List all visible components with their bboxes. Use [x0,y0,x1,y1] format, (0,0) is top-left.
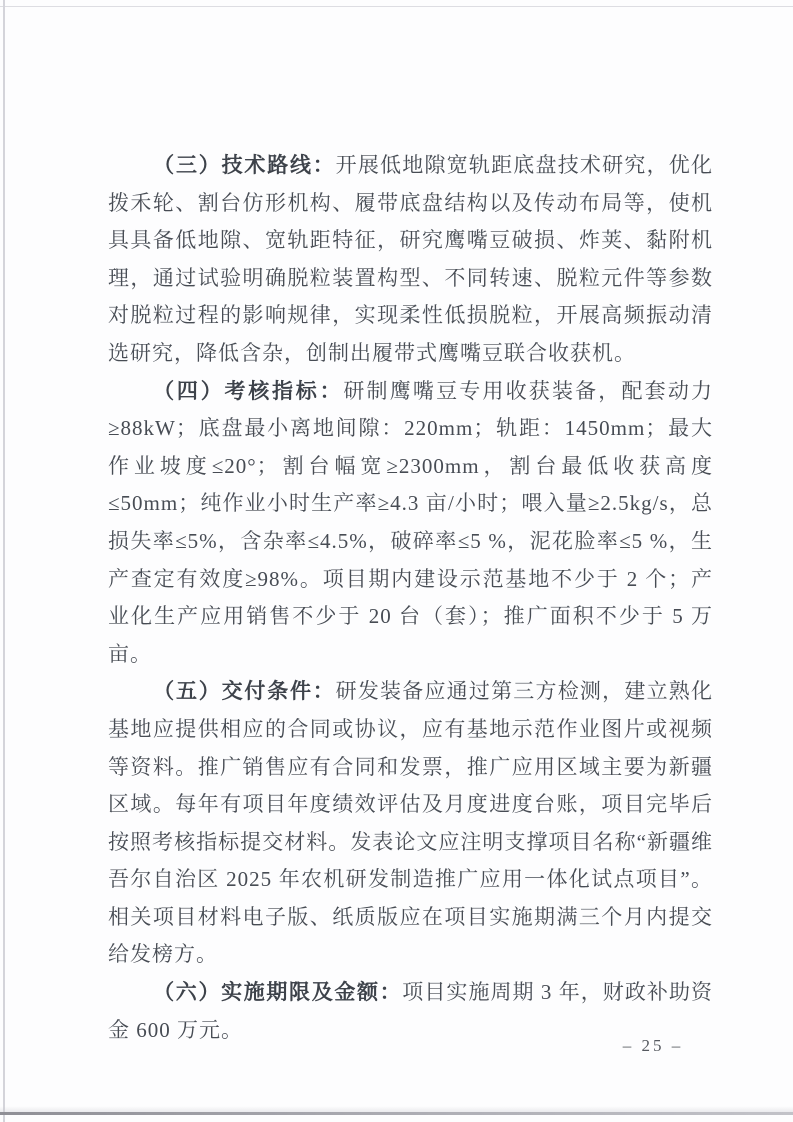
section-heading-technical-route: （三）技术路线： [153,153,335,177]
scan-edge-bottom [0,1112,793,1115]
paragraph-delivery-conditions: （五）交付条件：研发装备应通过第三方检测，建立熟化基地应提供相应的合同或协议，应… [108,673,713,974]
section-heading-assessment-indicators: （四）考核指标： [153,379,343,403]
paragraph-technical-route: （三）技术路线：开展低地隙宽轨距底盘技术研究，优化拨禾轮、割台仿形机构、履带底盘… [108,147,713,373]
document-page: （三）技术路线：开展低地隙宽轨距底盘技术研究，优化拨禾轮、割台仿形机构、履带底盘… [0,0,793,1122]
page-number: – 25 – [598,1036,708,1056]
paragraph-assessment-indicators: （四）考核指标：研制鹰嘴豆专用收获装备，配套动力≥88kW；底盘最小离地间隙：2… [108,373,713,674]
scan-edge-left [3,0,5,1122]
section-heading-duration-and-amount: （六）实施期限及金额： [153,980,402,1004]
section-text-delivery-conditions: 研发装备应通过第三方检测，建立熟化基地应提供相应的合同或协议，应有基地示范作业图… [108,679,713,966]
section-heading-delivery-conditions: （五）交付条件： [153,679,335,703]
document-body: （三）技术路线：开展低地隙宽轨距底盘技术研究，优化拨禾轮、割台仿形机构、履带底盘… [108,147,713,1049]
section-text-assessment-indicators: 研制鹰嘴豆专用收获装备，配套动力≥88kW；底盘最小离地间隙：220mm；轨距：… [108,379,713,666]
scan-edge-top [0,6,793,7]
section-text-technical-route: 开展低地隙宽轨距底盘技术研究，优化拨禾轮、割台仿形机构、履带底盘结构以及传动布局… [108,153,713,365]
